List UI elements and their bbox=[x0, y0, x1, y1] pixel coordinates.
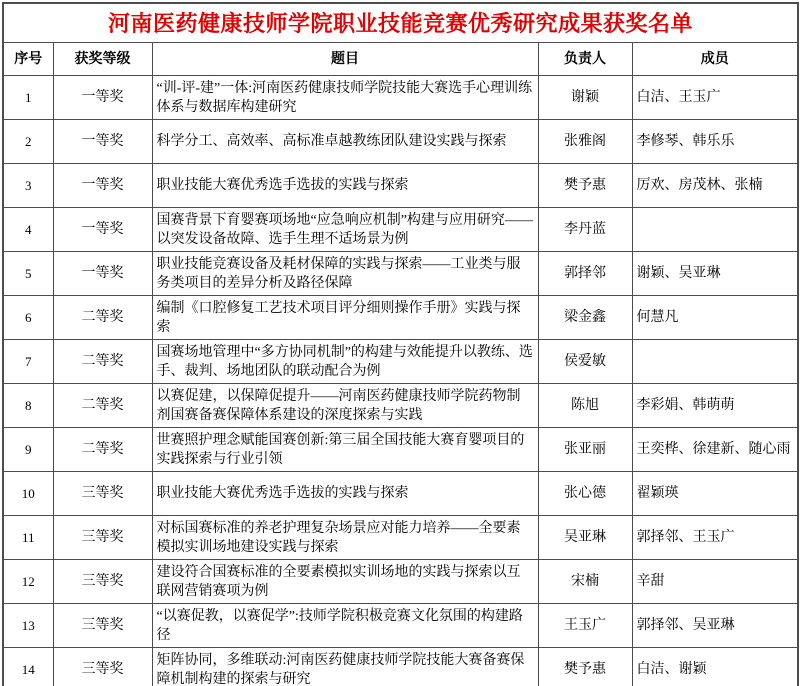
table-row: 10三等奖职业技能大赛优秀选手选拔的实践与探索张心德翟颖瑛 bbox=[3, 472, 798, 516]
award-level: 一等奖 bbox=[53, 252, 152, 296]
table-row: 11三等奖对标国赛标准的养老护理复杂场景应对能力培养——全要素模拟实训场地建设实… bbox=[3, 516, 798, 560]
project-title: “训-评-建”一体:河南医药健康技师学院技能大赛选手心理训练体系与数据库构建研究 bbox=[152, 76, 538, 120]
table-row: 8二等奖以赛促建，以保障促提升——河南医药健康技师学院药物制剂国赛备赛保障体系建… bbox=[3, 384, 798, 428]
member-names: 李修琴、韩乐乐 bbox=[632, 120, 798, 164]
award-level: 二等奖 bbox=[53, 340, 152, 384]
leader-name: 樊予惠 bbox=[538, 164, 632, 208]
row-number: 2 bbox=[3, 120, 53, 164]
table-row: 2一等奖科学分工、高效率、高标准卓越教练团队建设实践与探索张雅阁李修琴、韩乐乐 bbox=[3, 120, 798, 164]
member-names: 郭择邻、王玉广 bbox=[632, 516, 798, 560]
award-level: 二等奖 bbox=[53, 296, 152, 340]
leader-name: 张雅阁 bbox=[538, 120, 632, 164]
project-title: 国赛背景下育婴赛项场地“应急响应机制”构建与应用研究——以突发设备故障、选手生理… bbox=[152, 208, 538, 252]
award-level: 三等奖 bbox=[53, 516, 152, 560]
table-row: 9二等奖世赛照护理念赋能国赛创新:第三届全国技能大赛育婴项目的实践探索与行业引领… bbox=[3, 428, 798, 472]
award-level: 三等奖 bbox=[53, 560, 152, 604]
project-title: 以赛促建，以保障促提升——河南医药健康技师学院药物制剂国赛备赛保障体系建设的深度… bbox=[152, 384, 538, 428]
leader-name: 张心德 bbox=[538, 472, 632, 516]
award-level: 三等奖 bbox=[53, 648, 152, 686]
award-level: 一等奖 bbox=[53, 208, 152, 252]
table-row: 4一等奖国赛背景下育婴赛项场地“应急响应机制”构建与应用研究——以突发设备故障、… bbox=[3, 208, 798, 252]
header-member: 成员 bbox=[632, 43, 798, 76]
table-row: 12三等奖建设符合国赛标准的全要素模拟实训场地的实践与探索以互联网营销赛项为例宋… bbox=[3, 560, 798, 604]
leader-name: 梁金鑫 bbox=[538, 296, 632, 340]
award-list-table: 河南医药健康技师学院职业技能竞赛优秀研究成果获奖名单 序号 获奖等级 题目 负责… bbox=[2, 2, 799, 686]
row-number: 13 bbox=[3, 604, 53, 648]
document-title-row: 河南医药健康技师学院职业技能竞赛优秀研究成果获奖名单 bbox=[3, 3, 798, 43]
member-names: 谢颖、吴亚琳 bbox=[632, 252, 798, 296]
member-names: 郭择邻、吴亚琳 bbox=[632, 604, 798, 648]
leader-name: 宋楠 bbox=[538, 560, 632, 604]
award-level: 一等奖 bbox=[53, 164, 152, 208]
award-level: 三等奖 bbox=[53, 472, 152, 516]
member-names bbox=[632, 340, 798, 384]
row-number: 8 bbox=[3, 384, 53, 428]
member-names: 白洁、谢颖 bbox=[632, 648, 798, 686]
table-row: 5一等奖职业技能竞赛设备及耗材保障的实践与探索——工业类与服务类项目的差异分析及… bbox=[3, 252, 798, 296]
award-level: 一等奖 bbox=[53, 120, 152, 164]
row-number: 7 bbox=[3, 340, 53, 384]
header-leader: 负责人 bbox=[538, 43, 632, 76]
leader-name: 吴亚琳 bbox=[538, 516, 632, 560]
table-row: 14三等奖矩阵协同，多维联动:河南医药健康技师学院技能大赛备赛保障机制构建的探索… bbox=[3, 648, 798, 686]
leader-name: 陈旭 bbox=[538, 384, 632, 428]
leader-name: 李丹蓝 bbox=[538, 208, 632, 252]
table-row: 6二等奖编制《口腔修复工艺技术项目评分细则操作手册》实践与探索梁金鑫何慧凡 bbox=[3, 296, 798, 340]
project-title: 职业技能大赛优秀选手选拔的实践与探索 bbox=[152, 164, 538, 208]
table-row: 1一等奖“训-评-建”一体:河南医药健康技师学院技能大赛选手心理训练体系与数据库… bbox=[3, 76, 798, 120]
award-level: 三等奖 bbox=[53, 604, 152, 648]
document-title: 河南医药健康技师学院职业技能竞赛优秀研究成果获奖名单 bbox=[3, 3, 798, 43]
header-title: 题目 bbox=[152, 43, 538, 76]
member-names: 王奕桦、徐建新、随心雨 bbox=[632, 428, 798, 472]
project-title: 科学分工、高效率、高标准卓越教练团队建设实践与探索 bbox=[152, 120, 538, 164]
row-number: 6 bbox=[3, 296, 53, 340]
row-number: 5 bbox=[3, 252, 53, 296]
row-number: 10 bbox=[3, 472, 53, 516]
award-level: 二等奖 bbox=[53, 384, 152, 428]
leader-name: 郭择邻 bbox=[538, 252, 632, 296]
table-header-row: 序号 获奖等级 题目 负责人 成员 bbox=[3, 43, 798, 76]
leader-name: 张亚丽 bbox=[538, 428, 632, 472]
leader-name: 樊予惠 bbox=[538, 648, 632, 686]
header-no: 序号 bbox=[3, 43, 53, 76]
row-number: 3 bbox=[3, 164, 53, 208]
project-title: 编制《口腔修复工艺技术项目评分细则操作手册》实践与探索 bbox=[152, 296, 538, 340]
row-number: 11 bbox=[3, 516, 53, 560]
member-names: 李彩娟、韩萌萌 bbox=[632, 384, 798, 428]
leader-name: 谢颖 bbox=[538, 76, 632, 120]
table-row: 13三等奖“以赛促教，以赛促学”:技师学院积极竞赛文化氛围的构建路径王玉广郭择邻… bbox=[3, 604, 798, 648]
project-title: 对标国赛标准的养老护理复杂场景应对能力培养——全要素模拟实训场地建设实践与探索 bbox=[152, 516, 538, 560]
project-title: 职业技能竞赛设备及耗材保障的实践与探索——工业类与服务类项目的差异分析及路径保障 bbox=[152, 252, 538, 296]
award-level: 二等奖 bbox=[53, 428, 152, 472]
leader-name: 王玉广 bbox=[538, 604, 632, 648]
project-title: 建设符合国赛标准的全要素模拟实训场地的实践与探索以互联网营销赛项为例 bbox=[152, 560, 538, 604]
project-title: “以赛促教，以赛促学”:技师学院积极竞赛文化氛围的构建路径 bbox=[152, 604, 538, 648]
project-title: 世赛照护理念赋能国赛创新:第三届全国技能大赛育婴项目的实践探索与行业引领 bbox=[152, 428, 538, 472]
table-row: 7二等奖国赛场地管理中“多方协同机制”的构建与效能提升以教练、选手、裁判、场地团… bbox=[3, 340, 798, 384]
member-names: 厉欢、房茂林、张楠 bbox=[632, 164, 798, 208]
award-level: 一等奖 bbox=[53, 76, 152, 120]
leader-name: 侯爱敏 bbox=[538, 340, 632, 384]
member-names bbox=[632, 208, 798, 252]
project-title: 矩阵协同，多维联动:河南医药健康技师学院技能大赛备赛保障机制构建的探索与研究 bbox=[152, 648, 538, 686]
row-number: 12 bbox=[3, 560, 53, 604]
member-names: 辛甜 bbox=[632, 560, 798, 604]
row-number: 1 bbox=[3, 76, 53, 120]
header-level: 获奖等级 bbox=[53, 43, 152, 76]
row-number: 4 bbox=[3, 208, 53, 252]
member-names: 白洁、王玉广 bbox=[632, 76, 798, 120]
member-names: 翟颖瑛 bbox=[632, 472, 798, 516]
row-number: 9 bbox=[3, 428, 53, 472]
project-title: 职业技能大赛优秀选手选拔的实践与探索 bbox=[152, 472, 538, 516]
member-names: 何慧凡 bbox=[632, 296, 798, 340]
table-row: 3一等奖职业技能大赛优秀选手选拔的实践与探索樊予惠厉欢、房茂林、张楠 bbox=[3, 164, 798, 208]
project-title: 国赛场地管理中“多方协同机制”的构建与效能提升以教练、选手、裁判、场地团队的联动… bbox=[152, 340, 538, 384]
row-number: 14 bbox=[3, 648, 53, 686]
